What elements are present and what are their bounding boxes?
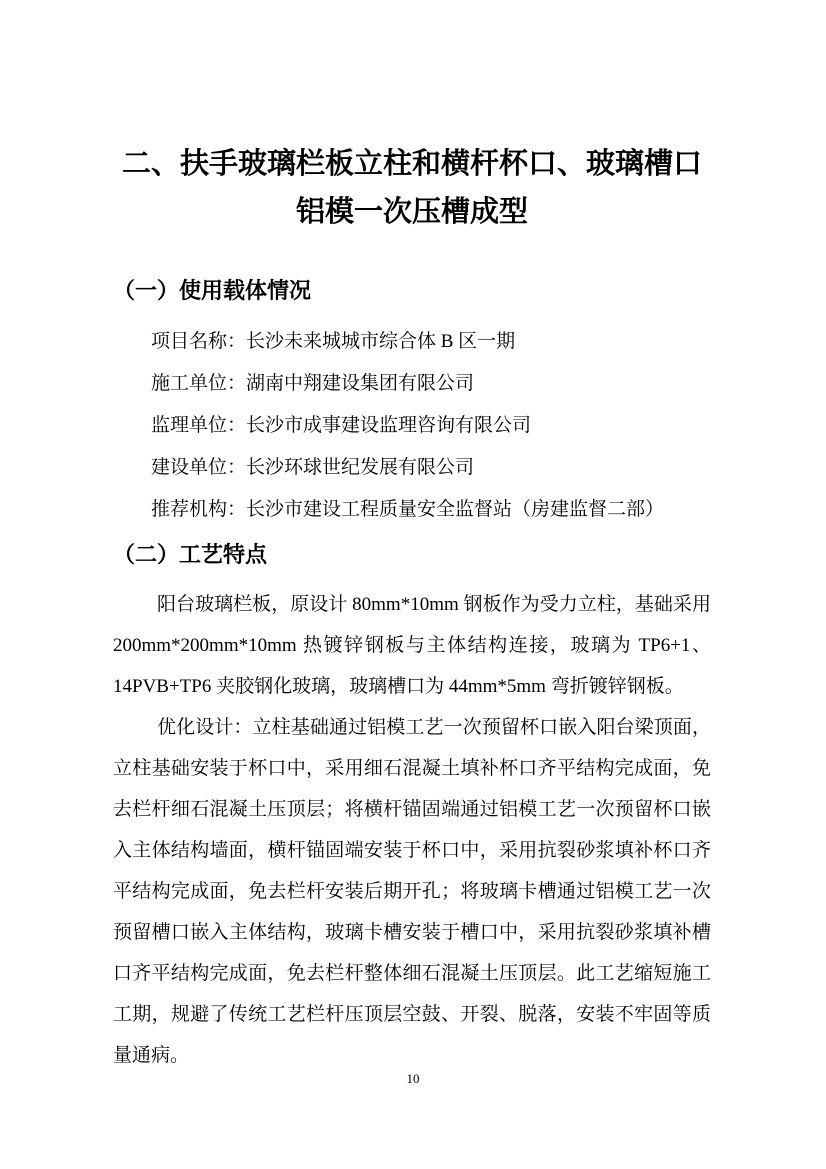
document-title-line2: 铝模一次压槽成型 (113, 188, 711, 236)
project-info-list: 项目名称：长沙未来城城市综合体 B 区一期 施工单位：湖南中翔建设集团有限公司 … (113, 321, 711, 531)
info-item-supervision-unit: 监理单位：长沙市成事建设监理咨询有限公司 (151, 405, 711, 447)
info-item-construction-unit: 施工单位：湖南中翔建设集团有限公司 (151, 363, 711, 405)
info-item-recommending-agency: 推荐机构：长沙市建设工程质量安全监督站（房建监督二部） (151, 489, 711, 531)
document-content: 二、扶手玻璃栏板立柱和横杆杯口、玻璃槽口 铝模一次压槽成型 （一）使用载体情况 … (113, 140, 711, 1076)
info-item-developer-unit: 建设单位：长沙环球世纪发展有限公司 (151, 447, 711, 489)
paragraph-optimized-design: 优化设计：立柱基础通过铝模工艺一次预留杯口嵌入阳台梁顶面，立柱基础安装于杯口中，… (113, 707, 711, 1076)
page-number: 10 (0, 1071, 826, 1087)
info-item-project-name: 项目名称：长沙未来城城市综合体 B 区一期 (151, 321, 711, 363)
document-title: 二、扶手玻璃栏板立柱和横杆杯口、玻璃槽口 铝模一次压槽成型 (113, 140, 711, 236)
paragraph-original-design: 阳台玻璃栏板，原设计 80mm*10mm 钢板作为受力立柱，基础采用 200mm… (113, 584, 711, 707)
section-heading-carrier-info: （一）使用载体情况 (113, 277, 711, 305)
document-page: 二、扶手玻璃栏板立柱和横杆杯口、玻璃槽口 铝模一次压槽成型 （一）使用载体情况 … (0, 0, 826, 1169)
section-heading-process-features: （二）工艺特点 (113, 541, 711, 569)
document-title-line1: 二、扶手玻璃栏板立柱和横杆杯口、玻璃槽口 (113, 140, 711, 188)
